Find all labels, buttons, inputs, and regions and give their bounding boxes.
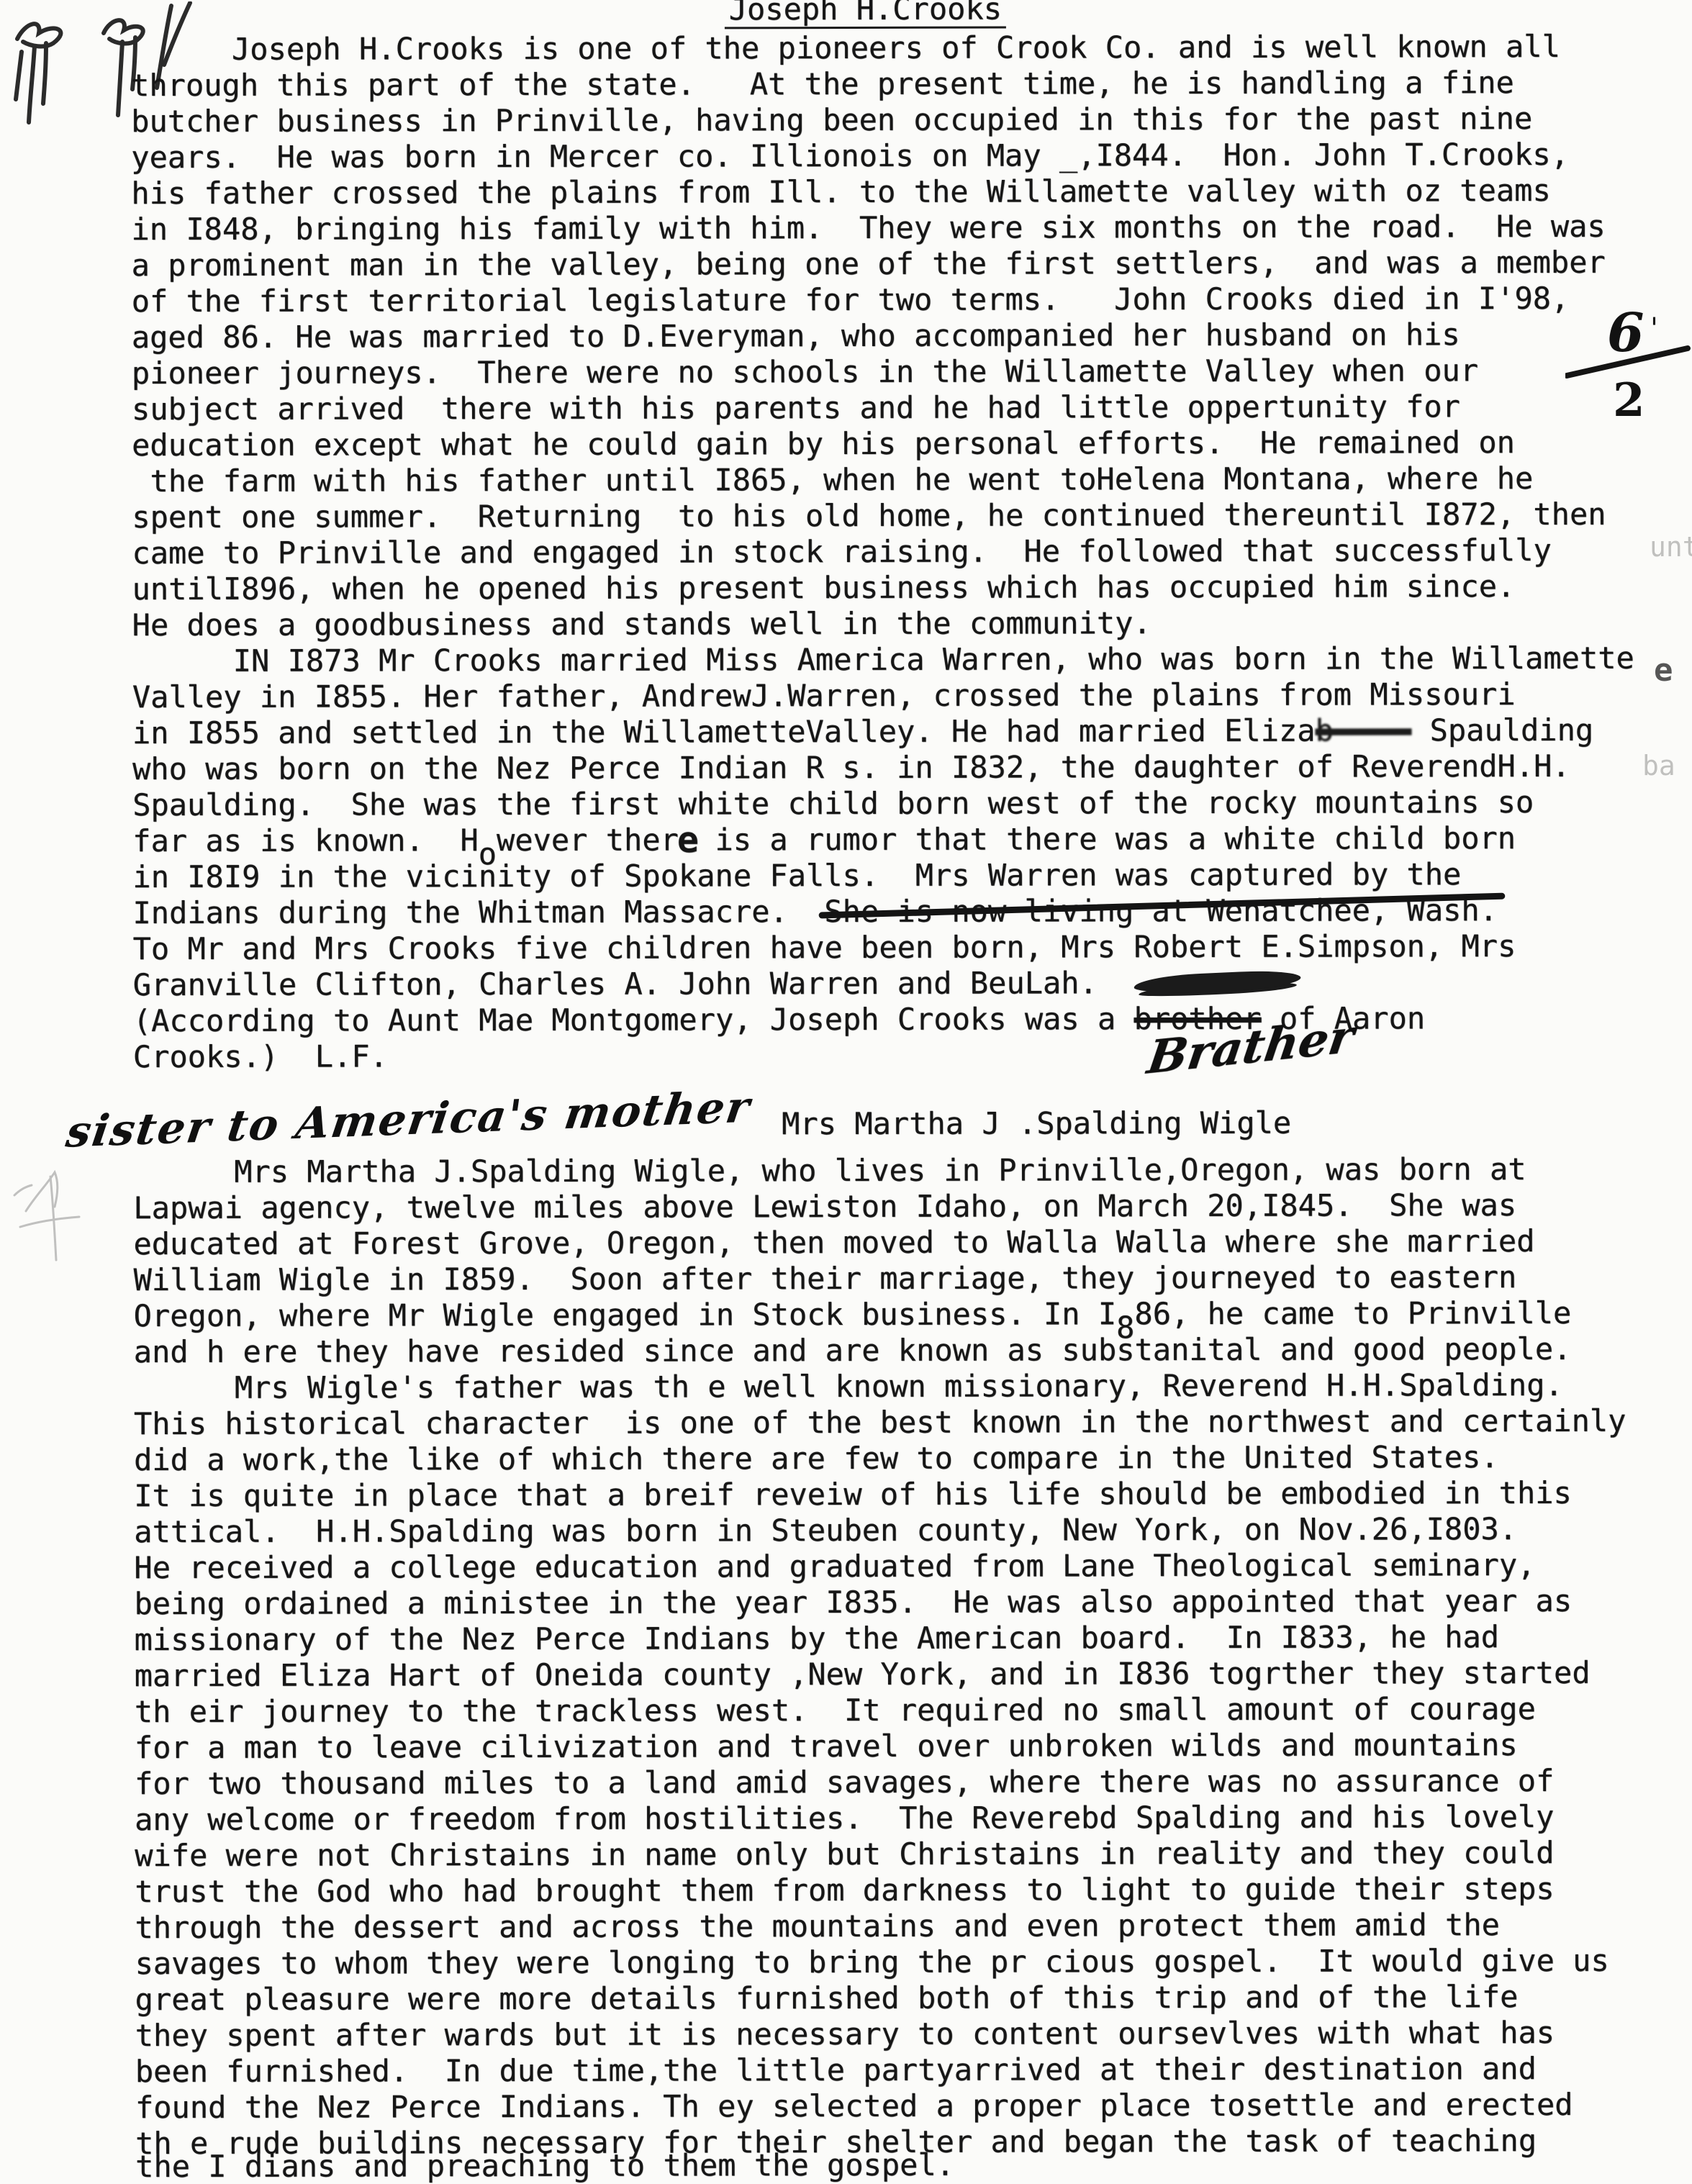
text-line: in I848, bringing his family with him. T… [0,209,1691,248]
text-line: Granville Clifton, Charles A. John Warre… [0,964,1692,1004]
handwritten-margin-note: sister to America's mother [63,1082,754,1158]
text-line: This historical character is one of the … [1,1403,1692,1443]
text-line: years. He was born in Mercer co. Illiono… [0,137,1690,176]
corrected-word-group: brotherBrather [1134,1001,1261,1037]
struck-out-sentence: She is now living at Wenatchee, Wash. [824,892,1498,930]
scribbled-out-word [1134,969,1301,995]
text-line: came to Prinville and engaged in stock r… [0,533,1691,572]
text-line: great pleasure were more details furnish… [2,1979,1692,2018]
text-line: in I8I9 in the vicinity of Spokane Falls… [0,856,1691,896]
text-line: (According to Aunt Mae Montgomery, Josep… [0,1000,1692,1040]
text-line: education except what he could gain by h… [0,425,1691,464]
text-line: aged 86. He was married to D.Everyman, w… [0,317,1691,356]
text-line: Mrs Wigle's father was th e well known m… [1,1367,1692,1407]
text-line: through the dessert and across the mount… [1,1907,1692,1947]
text-segment: Granville Clifton, Charles A. John Warre… [133,965,1134,1002]
text-segment: is a rumor that there was a white child … [697,820,1516,857]
text-segment: Indians during the Whitman Massacre. [132,894,824,930]
dropped-character: 8 [1116,1310,1134,1345]
paragraph-hh-spalding: Mrs Wigle's father was th e well known m… [1,1367,1692,2184]
text-line: pioneer journeys. There were no schools … [0,353,1691,392]
text-line: the farm with his father until I865, whe… [0,461,1691,500]
text-line: his father crossed the plains from Ill. … [0,173,1690,212]
paragraph-crooks-family: IN I873 Mr Crooks married Miss America W… [0,640,1692,1076]
text-line: butcher business in Prinville, having be… [0,101,1690,140]
text-line: been furnished. In due time,the little p… [2,2051,1692,2090]
text-line: IN I873 Mr Crooks married Miss America W… [0,640,1691,680]
text-line: It is quite in place that a breif reveiw… [1,1475,1692,1515]
text-line: wife were not Christains in name only bu… [1,1835,1692,1875]
text-line: th eir journey to the trackless west. It… [1,1691,1692,1731]
section-title: Mrs Martha J .Spalding Wigle [782,1105,1291,1144]
text-line: for two thousand miles to a land amid sa… [1,1763,1692,1803]
dropped-character: o [479,836,497,871]
text-segment: Spaulding [1411,712,1593,748]
text-line: in I855 and settled in the WillametteVal… [0,712,1691,752]
text-line: for a man to leave cilivization and trav… [1,1727,1692,1767]
text-line: married Eliza Hart of Oneida county ,New… [1,1655,1692,1695]
scratched-out-text: b----- [1316,712,1412,748]
text-line: a prominent man in the valley, being one… [0,245,1691,284]
text-segment: far as is known. H [132,823,479,858]
text-line: of the first territorial legislature for… [0,281,1691,320]
text-line: found the Nez Perce Indians. Th ey selec… [2,2087,1692,2126]
text-line: savages to whom they were longing to bri… [1,1943,1692,1983]
paragraph-martha-wigle: Mrs Martha J.Spalding Wigle, who lives i… [0,1151,1692,1371]
text-segment: 86, he came to Prinville [1134,1295,1571,1331]
text-line: Crooks.) L.F. [0,1036,1692,1076]
scanned-typewritten-page: 6 ' 2 unt ba e Joseph H.Crooks Joseph H.… [0,0,1692,2184]
text-line: being ordained a ministee in the year I8… [1,1583,1692,1623]
text-line: To Mr and Mrs Crooks five children have … [0,928,1692,968]
text-line: far as is known. However there is a rumo… [0,820,1691,860]
text-line: Lapwai agency, twelve miles above Lewist… [0,1187,1692,1227]
text-line: educated at Forest Grove, Oregon, then m… [0,1223,1692,1263]
text-segment: (According to Aunt Mae Montgomery, Josep… [133,1001,1134,1038]
section-heading: sister to America's mother Mrs Martha J … [68,1089,1692,1146]
text-line: Valley in I855. Her father, AndrewJ.Warr… [0,676,1691,716]
page-title: Joseph H.Crooks [725,0,1006,29]
text-segment: in I855 and settled in the WillametteVal… [132,713,1316,751]
text-line: trust the God who had brought them from … [1,1871,1692,1911]
text-line: did a work,the like of which there are f… [1,1439,1692,1479]
text-segment: Oregon, where Mr Wigle engaged in Stock … [134,1296,1117,1333]
text-line: missionary of the Nez Perce Indians by t… [1,1619,1692,1659]
text-line: Oregon, where Mr Wigle engaged in Stock … [1,1295,1692,1335]
text-line: spent one summer. Returning to his old h… [0,497,1691,536]
paragraph-joseph-crooks: Joseph H.Crooks is one of the pioneers o… [0,29,1691,644]
text-line: William Wigle in I859. Soon after their … [0,1259,1692,1299]
text-segment: wever ther [497,822,679,858]
text-line: any welcome or freedom from hostilities.… [1,1799,1692,1839]
text-line: and h ere they have resided since and ar… [1,1331,1692,1371]
overstruck-character: e [677,819,699,861]
text-line: through this part of the state. At the p… [0,65,1690,104]
text-line: Spaulding. She was the first white child… [0,784,1691,824]
text-line: Mrs Martha J.Spalding Wigle, who lives i… [0,1151,1692,1191]
text-line: attical. H.H.Spalding was born in Steube… [1,1511,1692,1551]
text-line: subject arrived there with his parents a… [0,389,1691,428]
text-line: untilI896, when he opened his present bu… [0,568,1691,608]
document-body: Joseph H.Crooks Joseph H.Crooks is one o… [0,0,1692,2184]
text-line: who was born on the Nez Perce Indian R s… [0,748,1691,788]
text-line: He does a goodbusiness and stands well i… [0,604,1691,644]
text-line: they spent after wards but it is necessa… [2,2015,1692,2054]
text-line: Indians during the Whitman Massacre. She… [0,892,1692,932]
text-line: He received a college education and grad… [1,1547,1692,1587]
text-line: Joseph H.Crooks is one of the pioneers o… [0,29,1690,68]
